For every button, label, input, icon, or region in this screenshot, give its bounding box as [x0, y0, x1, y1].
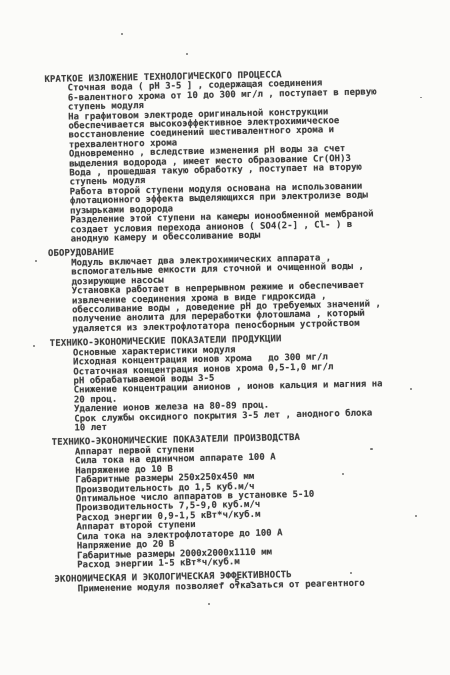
scan-speck	[350, 572, 352, 574]
scan-speck	[237, 218, 239, 220]
scan-speck	[342, 473, 344, 475]
scan-speck	[35, 260, 37, 262]
scan-speck	[415, 515, 417, 517]
section-3: ТЕХНИКО-ЭКОНОМИЧЕСКИЕ ПОКАЗАТЕЛИ ПРОДУКЦ…	[50, 333, 432, 435]
section-body: Основные характеристики модуляИсходная к…	[73, 342, 432, 434]
scan-speck	[33, 345, 35, 347]
section-body: Сточная вода ( рН 3-5 ] , содержащая сое…	[68, 78, 428, 245]
scan-speck	[208, 603, 210, 605]
section-2: ОБОРУДОВАНИЕМодуль включает два электрох…	[48, 243, 430, 335]
page-number: - 5 -	[220, 579, 257, 589]
scan-speck	[410, 388, 412, 390]
section-body: Аппарат первой ступениСила тока на едини…	[75, 441, 434, 571]
scan-speck	[186, 53, 188, 55]
document-page: КРАТКОЕ ИЗЛОЖЕНИЕ ТЕХНОЛОГИЧЕСКОГО ПРОЦЕ…	[0, 0, 450, 675]
document-text-block: КРАТКОЕ ИЗЛОЖЕНИЕ ТЕХНОЛОГИЧЕСКОГО ПРОЦЕ…	[44, 49, 436, 637]
section-4: ТЕХНИКО-ЭКОНОМИЧЕСКИЕ ПОКАЗАТЕЛИ ПРОИЗВО…	[52, 432, 435, 572]
scan-speck	[121, 33, 123, 35]
document-sections: КРАТКОЕ ИЗЛОЖЕНИЕ ТЕХНОЛОГИЧЕСКОГО ПРОЦЕ…	[44, 68, 434, 595]
section-body: Модуль включает два электрохимических ап…	[71, 252, 429, 335]
scan-speck	[300, 296, 301, 298]
scan-speck	[420, 97, 422, 98]
scan-speck	[370, 448, 373, 450]
